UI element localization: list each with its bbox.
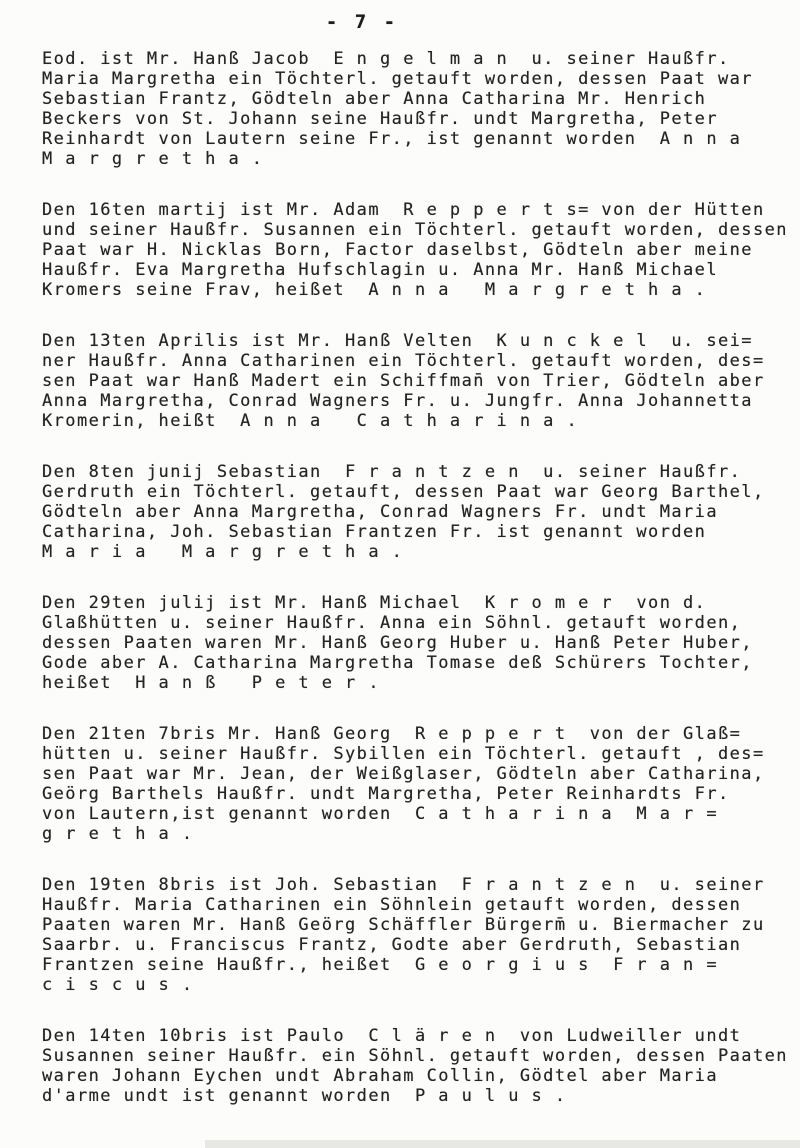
baptism-entry-claren: Den 14ten 10bris ist Paulo C l ä r e n v… (42, 1026, 800, 1106)
baptism-entry-kunckel: Den 13ten Aprilis ist Mr. Hanß Velten K … (42, 331, 800, 431)
page-number: - 7 - (0, 11, 724, 33)
baptism-entry-engelman: Eod. ist Mr. Hanß Jacob E n g e l m a n … (42, 49, 800, 169)
baptism-entry-frantzen-junij: Den 8ten junij Sebastian F r a n t z e n… (42, 462, 800, 562)
document-page: - 7 - Eod. ist Mr. Hanß Jacob E n g e l … (0, 0, 800, 1148)
baptism-entry-reppert-martij: Den 16ten martij ist Mr. Adam R e p p e … (42, 200, 800, 300)
baptism-entry-frantzen-8bris: Den 19ten 8bris ist Joh. Sebastian F r a… (42, 875, 800, 995)
scan-edge-artifact (205, 1140, 800, 1148)
baptism-entry-kromer: Den 29ten julij ist Mr. Hanß Michael K r… (42, 593, 800, 693)
page-content: Eod. ist Mr. Hanß Jacob E n g e l m a n … (42, 49, 800, 1137)
baptism-entry-reppert-7bris: Den 21ten 7bris Mr. Hanß Georg R e p p e… (42, 724, 800, 844)
